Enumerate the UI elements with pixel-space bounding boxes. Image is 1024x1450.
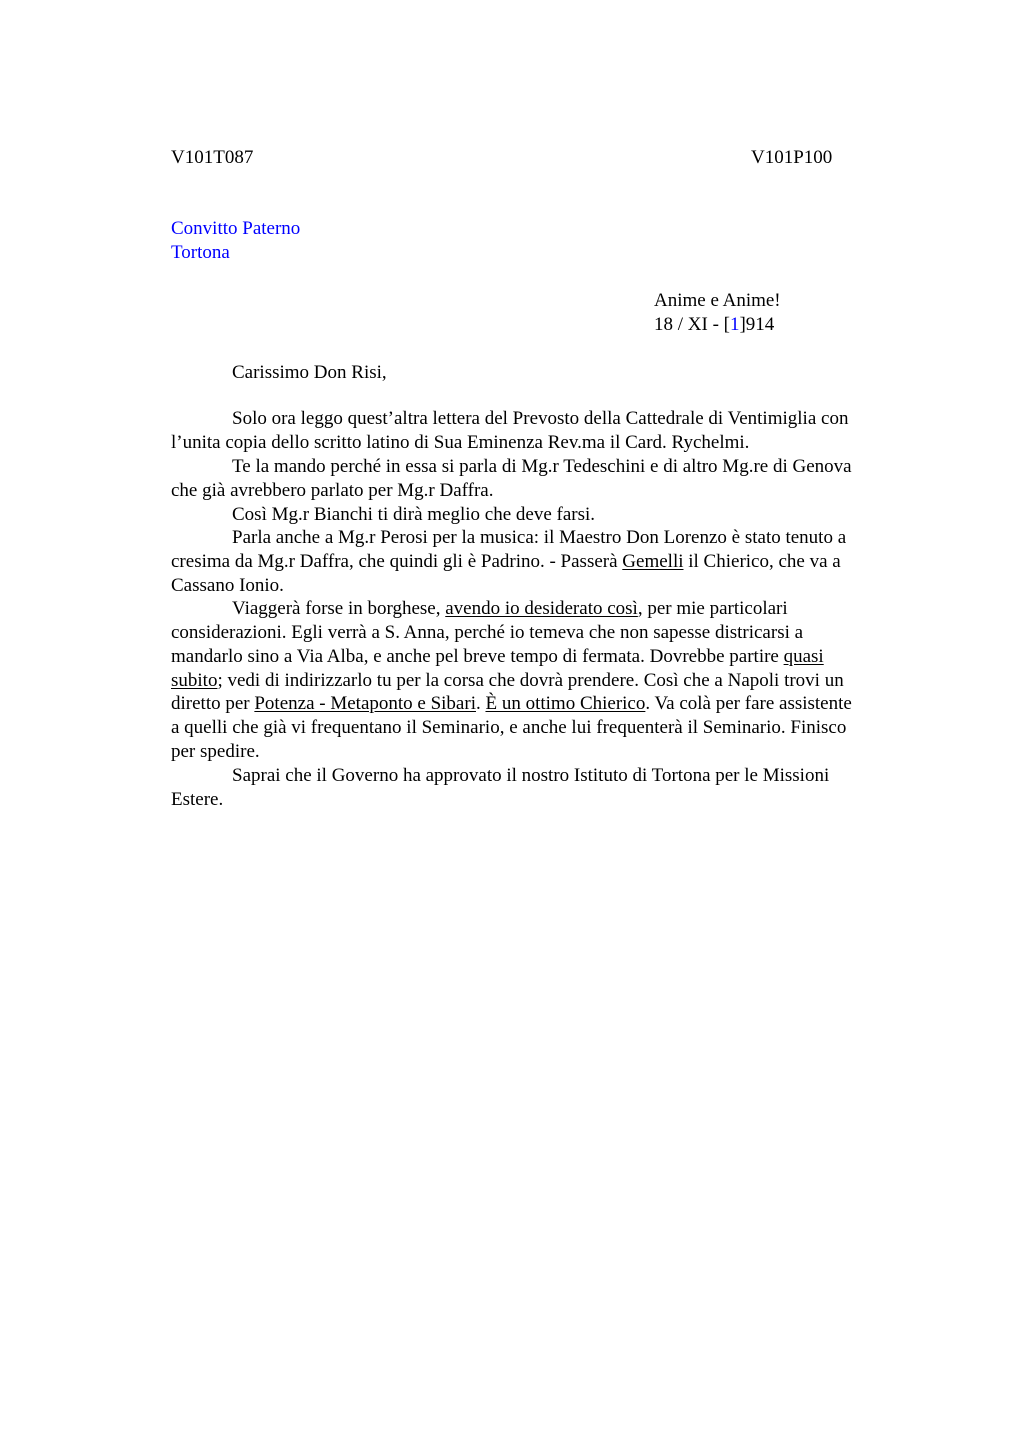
paragraph-6-line-2: Estere. [171,788,223,812]
paragraph-6-line-1: Saprai che il Governo ha approvato il no… [232,764,829,788]
paragraph-5-line-2: considerazioni. Egli verrà a S. Anna, pe… [171,621,803,645]
paragraph-2-line-2: che già avrebbero parlato per Mg.r Daffr… [171,479,494,503]
paragraph-4-line-1: Parla anche a Mg.r Perosi per la musica:… [232,526,846,550]
underlined-phrase: avendo io desiderato così [445,598,638,619]
letter-date: 18 / XI - [1]914 [654,313,774,337]
text-run: diretto per [171,693,254,714]
paragraph-5-line-3: mandarlo sino a Via Alba, e anche pel br… [171,645,824,669]
underlined-name-gemelli: Gemelli [622,551,683,572]
text-run: , per mie particolari [638,598,788,619]
paragraph-1-line-2: l’unita copia dello scritto latino di Su… [171,431,749,455]
paragraph-1-line-1: Solo ora leggo quest’altra lettera del P… [232,407,848,431]
paragraph-3-line-1: Così Mg.r Bianchi ti dirà meglio che dev… [232,503,595,527]
underlined-phrase: subito [171,670,217,691]
date-prefix: 18 / XI - [ [654,314,730,335]
paragraph-5-line-5: diretto per Potenza - Metaponto e Sibari… [171,692,852,716]
document-code-right: V101P100 [751,146,832,170]
text-run: il Chierico, che va a [684,551,841,572]
salutation: Carissimo Don Risi, [232,361,387,385]
paragraph-5-line-1: Viaggerà forse in borghese, avendo io de… [232,597,788,621]
text-run: ; vedi di indirizzarlo tu per la corsa c… [217,670,843,691]
paragraph-4-line-3: Cassano Ionio. [171,574,284,598]
underlined-phrase: quasi [784,646,824,667]
sender-city: Tortona [171,241,230,265]
document-code-left: V101T087 [171,146,253,170]
paragraph-5-line-6: a quelli che già vi frequentano il Semin… [171,716,846,740]
sender-institution: Convitto Paterno [171,217,300,241]
text-run: cresima da Mg.r Daffra, che quindi gli è… [171,551,622,572]
text-run: . Va colà per fare assistente [645,693,851,714]
underlined-route: Potenza - Metaponto e Sibari [254,693,476,714]
paragraph-5-line-4: subito; vedi di indirizzarlo tu per la c… [171,669,844,693]
text-run: mandarlo sino a Via Alba, e anche pel br… [171,646,784,667]
text-run: Viaggerà forse in borghese, [232,598,445,619]
paragraph-4-line-2: cresima da Mg.r Daffra, che quindi gli è… [171,550,841,574]
date-suffix: ]914 [739,314,774,335]
paragraph-2-line-1: Te la mando perché in essa si parla di M… [232,455,852,479]
paragraph-5-line-7: per spedire. [171,740,260,764]
motto: Anime e Anime! [654,289,781,313]
document-page: V101T087 V101P100 Convitto Paterno Torto… [0,0,1024,1450]
underlined-phrase: È un ottimo Chierico [485,693,645,714]
